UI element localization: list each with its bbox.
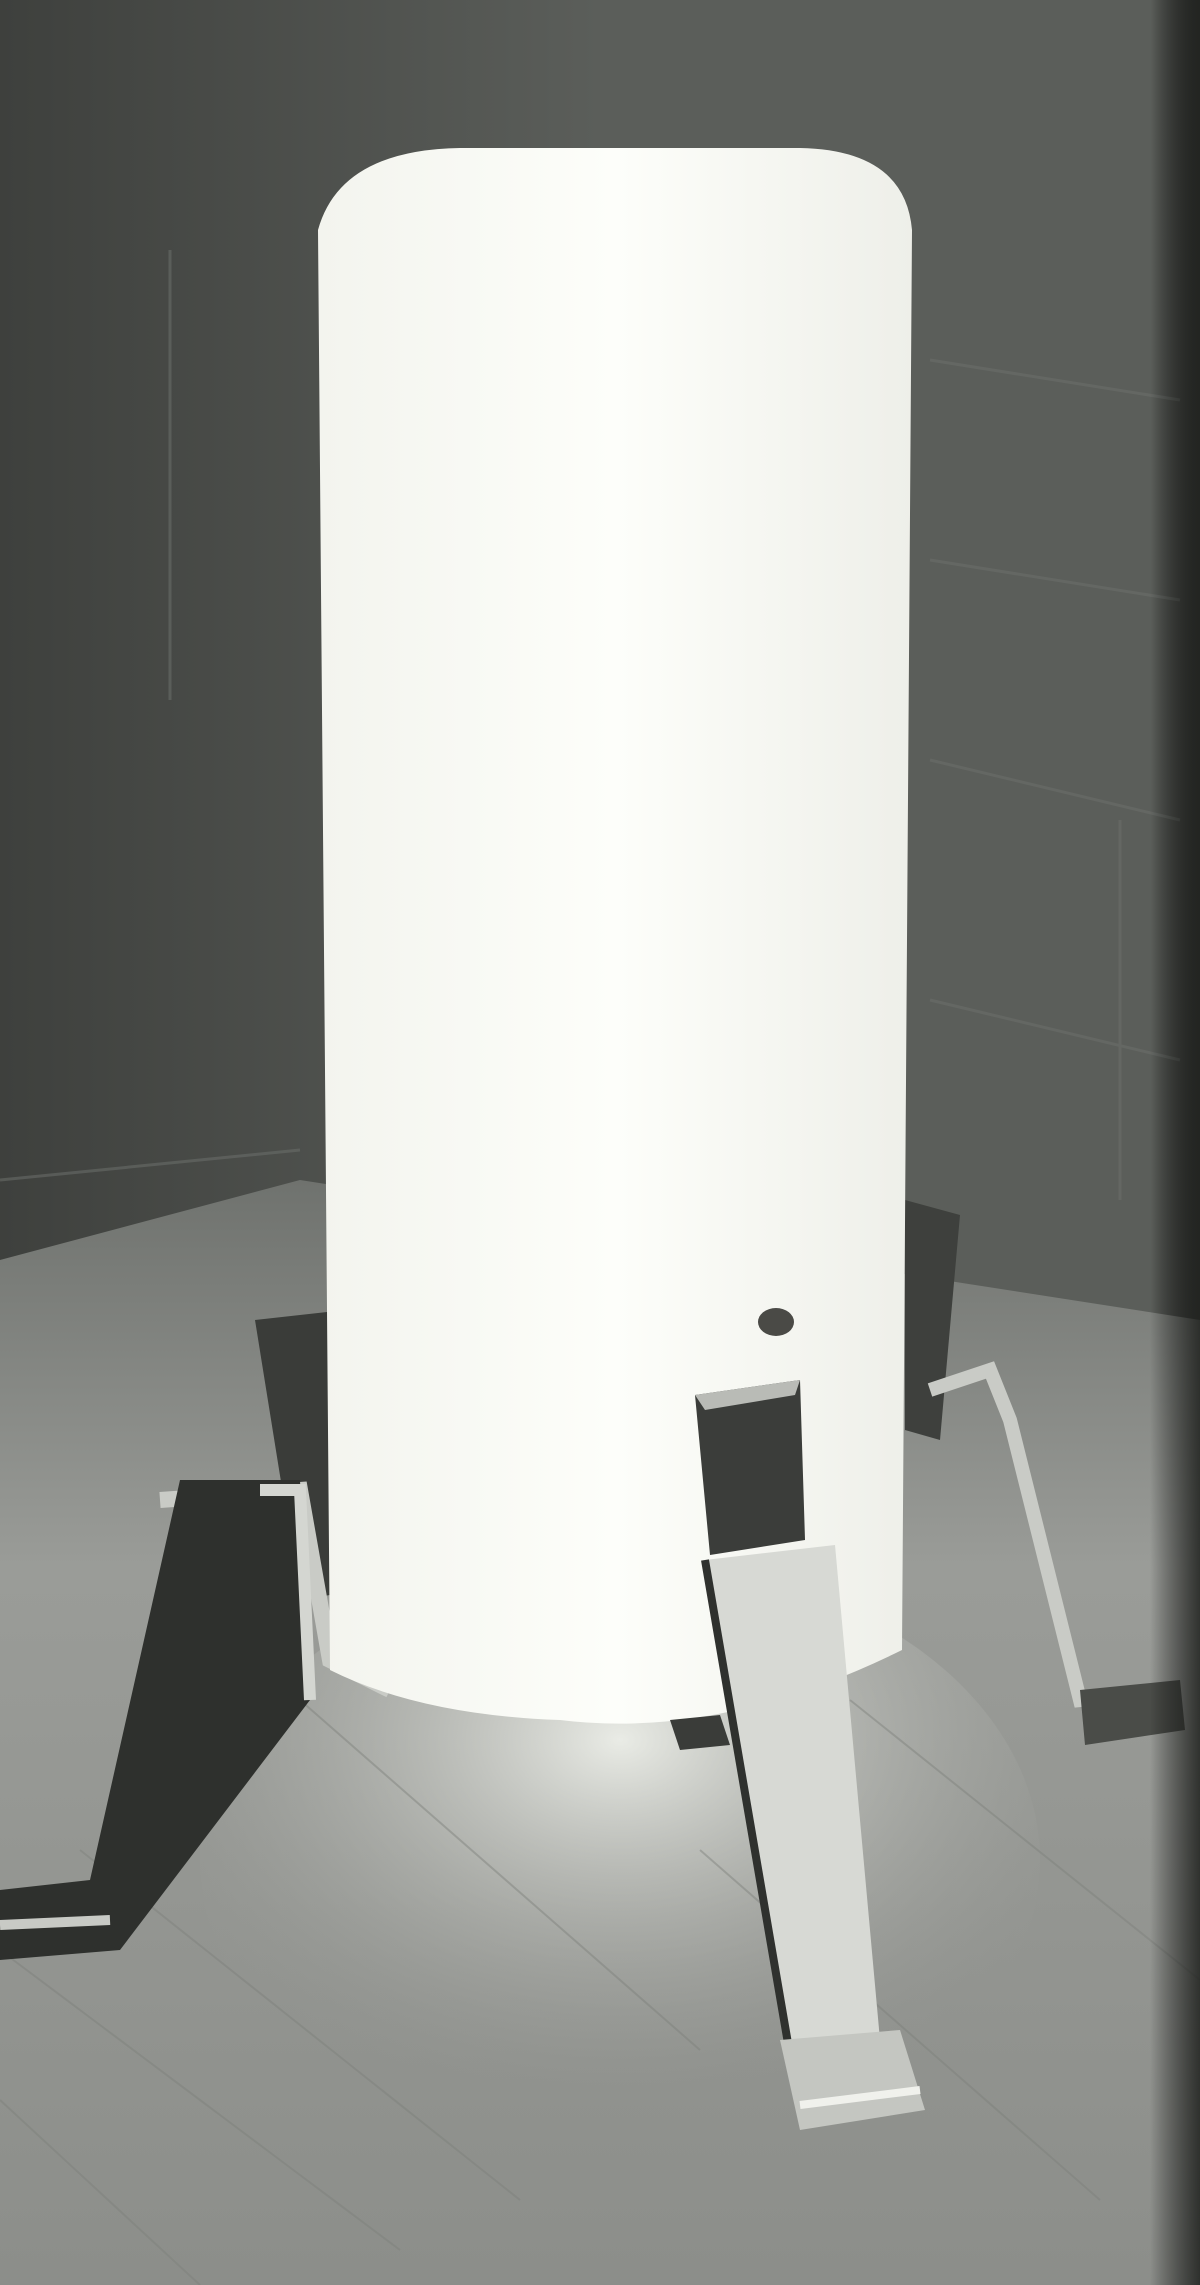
photo-canvas — [0, 0, 1200, 2285]
lamp-photograph — [0, 0, 1200, 2285]
page-edge-shadow — [1150, 0, 1200, 2285]
lamp-button — [758, 1308, 794, 1336]
lamp-shade — [318, 148, 912, 1724]
